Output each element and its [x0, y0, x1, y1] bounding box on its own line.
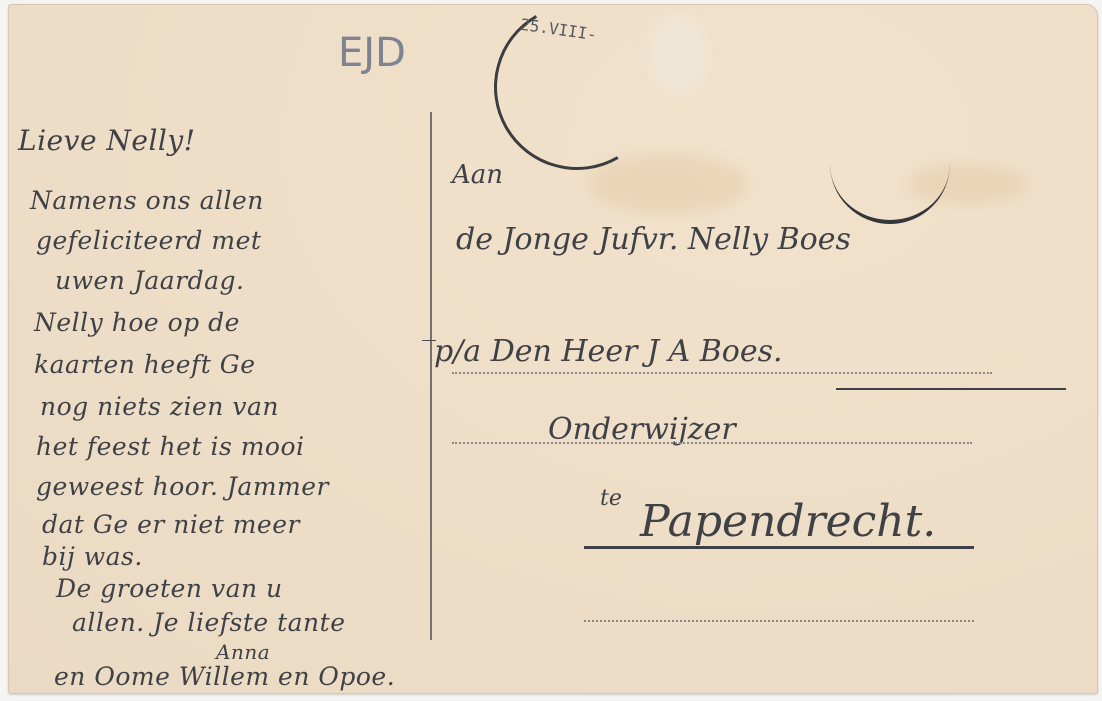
message-line: Namens ons allen: [30, 186, 264, 215]
address-dotted-line: [452, 442, 972, 444]
message-line: gefeliciteerd met: [36, 226, 261, 255]
signature: Anna: [216, 640, 270, 664]
message-line: bij was.: [42, 542, 143, 571]
center-divider: [430, 112, 432, 640]
stain: [588, 154, 748, 214]
address-dotted-line: [452, 372, 992, 374]
address-te: te: [600, 486, 622, 511]
message-line: allen. Je liefste tante: [72, 608, 346, 637]
message-line: uwen Jaardag.: [55, 266, 244, 295]
message-line: geweest hoor. Jammer: [36, 472, 329, 501]
message-line: Lieve Nelly!: [18, 124, 195, 157]
address-dotted-line: [584, 620, 974, 622]
address-recipient: de Jonge Jufvr. Nelly Boes: [456, 222, 851, 257]
message-line: Nelly hoe op de: [34, 308, 240, 337]
message-line: het feest het is mooi: [36, 432, 305, 461]
city-underline: [584, 546, 974, 549]
address-city: Papendrecht.: [640, 496, 936, 547]
message-line: en Oome Willem en Opoe.: [54, 662, 395, 691]
message-line: kaarten heeft Ge: [34, 350, 256, 379]
underline: [836, 388, 1066, 390]
address-salutation: Aan: [452, 160, 503, 190]
pencil-mark: EJD: [338, 30, 406, 76]
message-line: dat Ge er niet meer: [42, 510, 300, 539]
message-line: De groeten van u: [56, 574, 283, 603]
message-line: nog niets zien van: [40, 392, 279, 421]
address-care-of: p/a Den Heer J A Boes.: [434, 334, 783, 369]
